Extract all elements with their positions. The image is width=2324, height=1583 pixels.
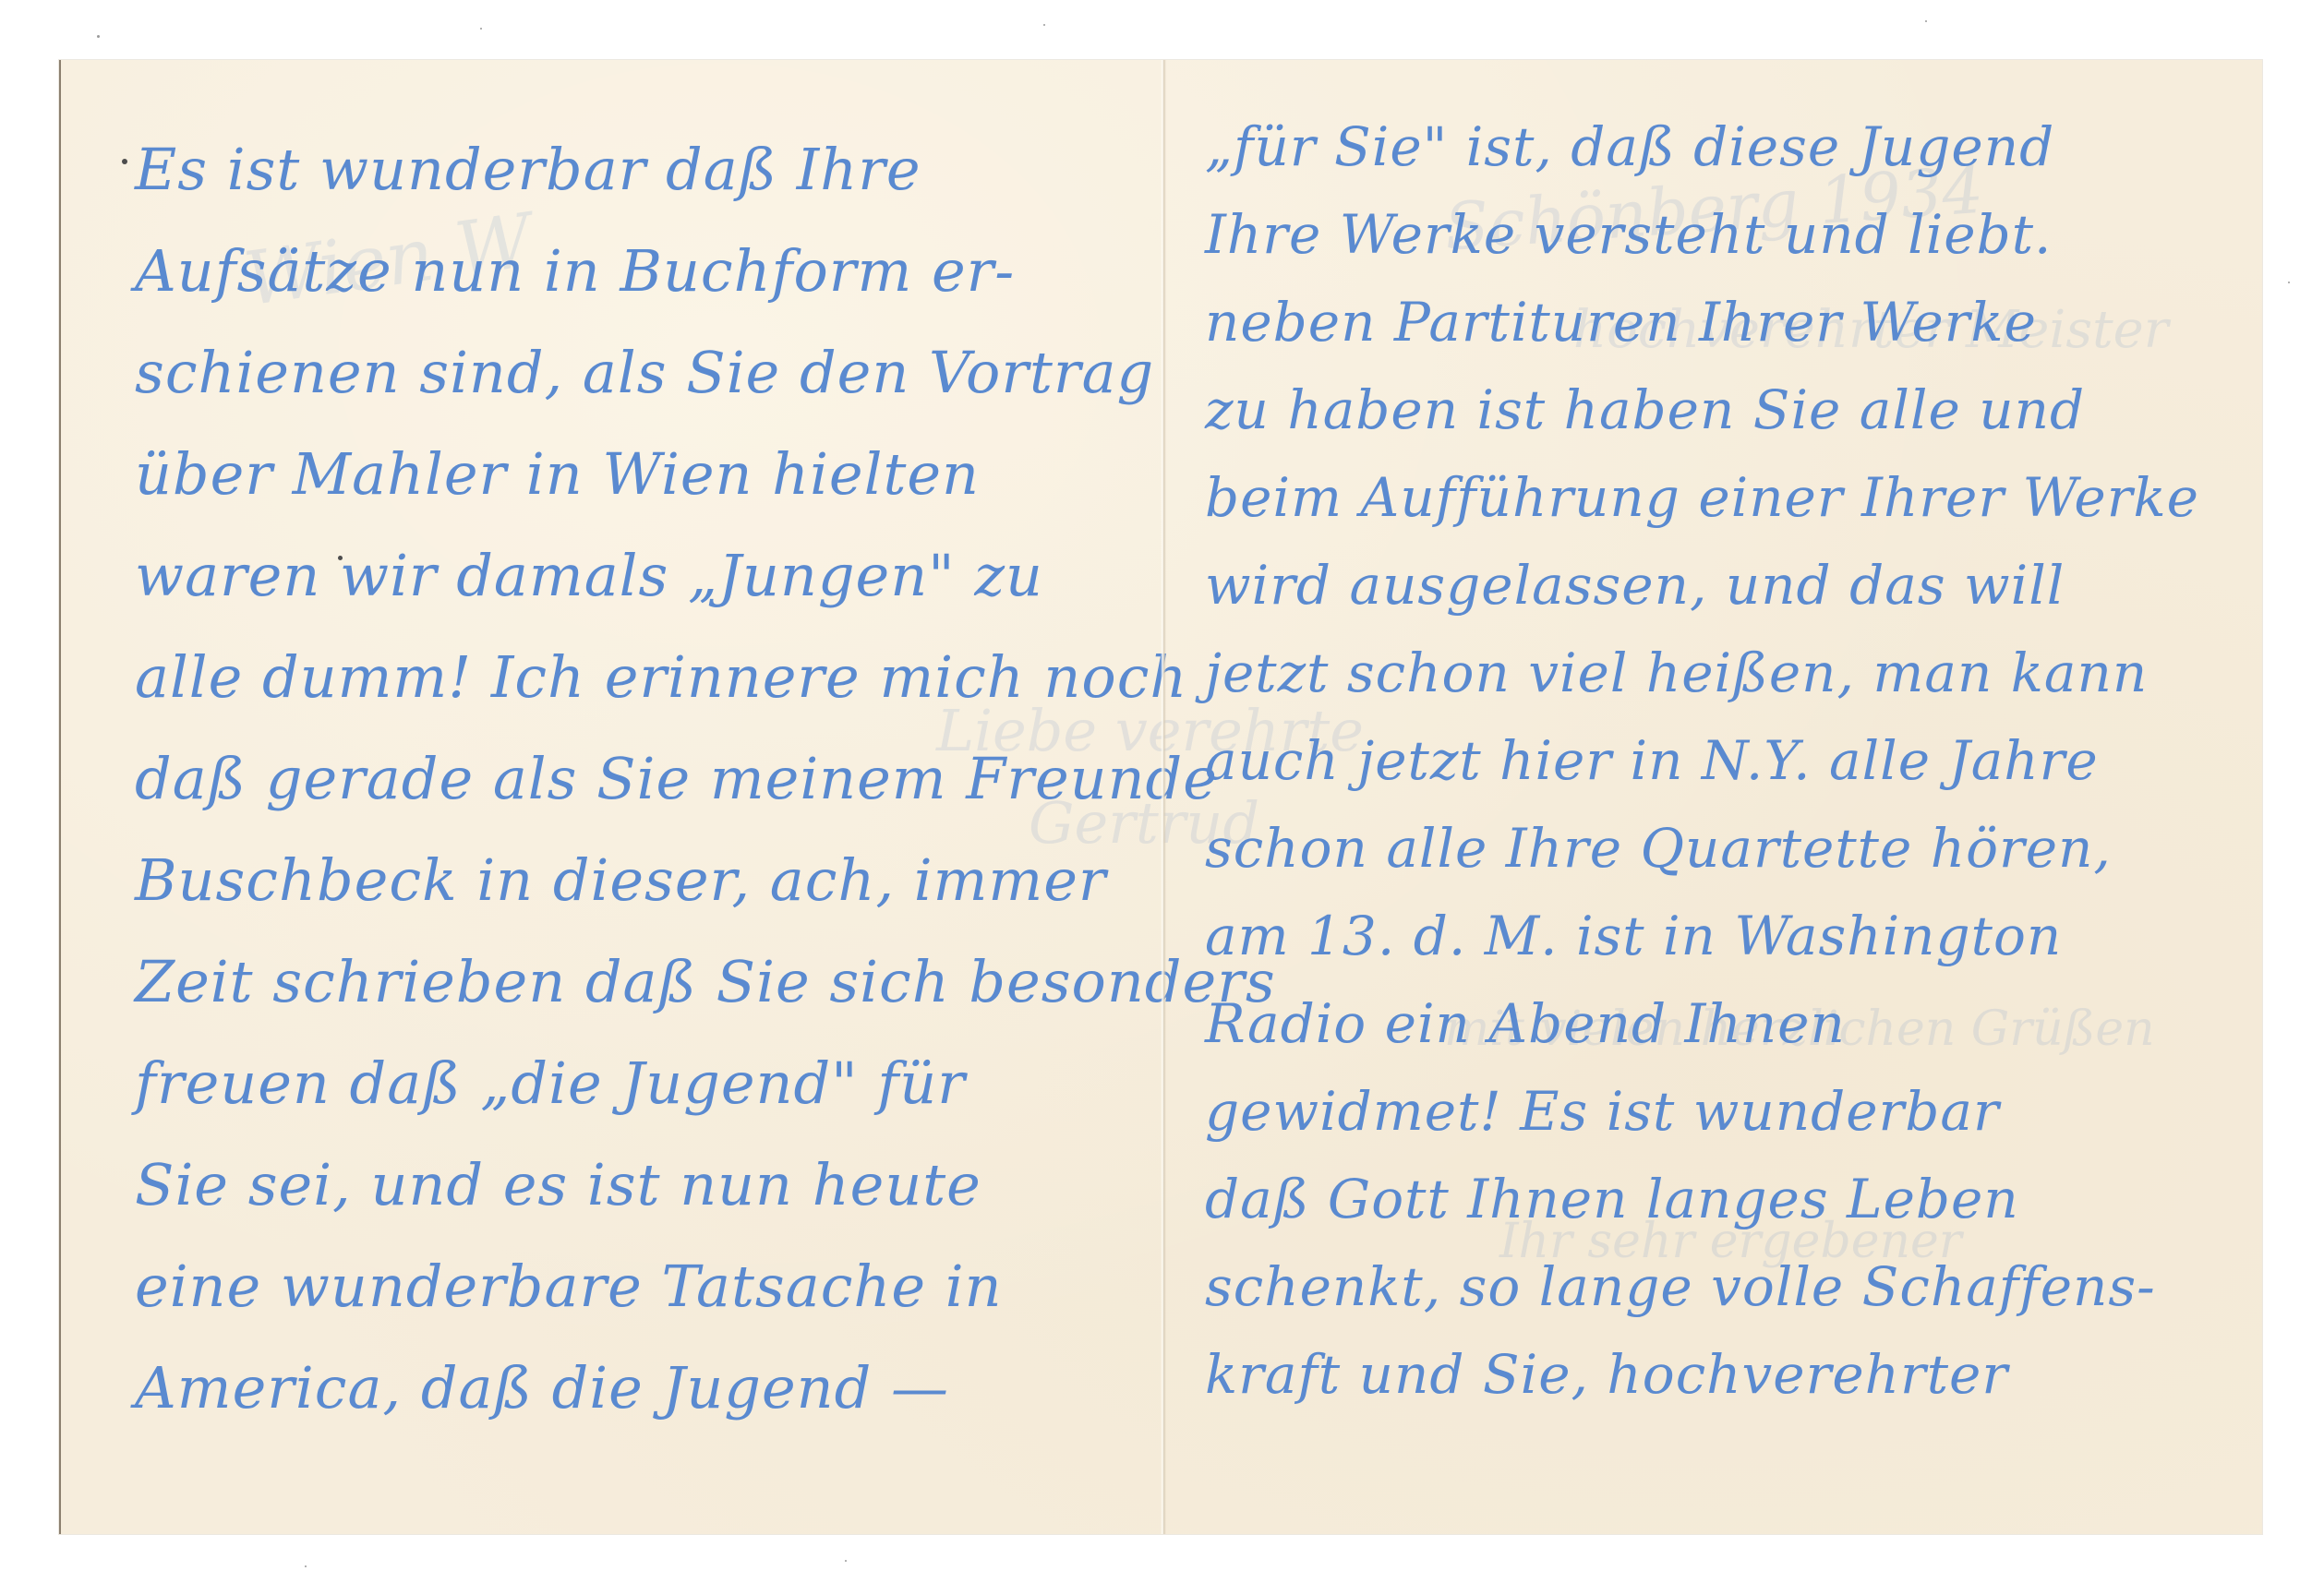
letter-line: Zeit schrieben daß Sie sich besonders bbox=[135, 948, 1276, 1015]
scan-speck bbox=[305, 1565, 307, 1567]
letter-line: neben Partituren Ihrer Werke bbox=[1205, 291, 2037, 354]
letter-line: freuen daß „die Jugend" für bbox=[135, 1049, 966, 1117]
letter-line: Radio ein Abend Ihnen bbox=[1205, 992, 1846, 1055]
letter-line: „für Sie" ist, daß diese Jugend bbox=[1205, 115, 2054, 178]
letter-line: America, daß die Jugend — bbox=[135, 1354, 949, 1421]
letter-line: Aufsätze nun in Buchform er- bbox=[135, 237, 1015, 305]
letter-line: schenkt, so lange volle Schaffens- bbox=[1205, 1255, 2156, 1318]
letter-line: zu haben ist haben Sie alle und bbox=[1205, 378, 2085, 441]
letter-line: über Mahler in Wien hielten bbox=[135, 440, 980, 508]
letter-line: daß gerade als Sie meinem Freunde bbox=[135, 745, 1218, 812]
scan-speck bbox=[1925, 20, 1927, 22]
scan-speck bbox=[2288, 282, 2290, 283]
letter-line: am 13. d. M. ist in Washington bbox=[1205, 905, 2062, 967]
letter-sheet: Schönberg 1934 hochverehrter Meister Lie… bbox=[59, 60, 2262, 1534]
letter-line: wird ausgelassen, und das will bbox=[1205, 554, 2065, 617]
letter-line: Es ist wunderbar daß Ihre bbox=[135, 136, 921, 203]
scan-speck bbox=[1043, 24, 1045, 26]
letter-line: gewidmet! Es ist wunderbar bbox=[1205, 1080, 2000, 1143]
margin-dot bbox=[122, 159, 127, 164]
letter-line: jetzt schon viel heißen, man kann bbox=[1205, 642, 2148, 704]
letter-line: schon alle Ihre Quartette hören, bbox=[1205, 817, 2112, 880]
letter-line: kraft und Sie, hochverehrter bbox=[1205, 1343, 2008, 1406]
letter-line: Sie sei, und es ist nun heute bbox=[135, 1151, 981, 1218]
letter-line: alle dumm! Ich erinnere mich noch bbox=[135, 643, 1187, 711]
letter-line: waren wir damals „Jungen" zu bbox=[135, 542, 1043, 609]
scan-speck bbox=[845, 1560, 847, 1562]
letter-line: schienen sind, als Sie den Vortrag bbox=[135, 339, 1154, 406]
scan-speck bbox=[97, 35, 100, 38]
right-page: „für Sie" ist, daß diese Jugend Ihre Wer… bbox=[1166, 60, 2262, 1534]
letter-line: Ihre Werke versteht und liebt. bbox=[1205, 203, 2052, 266]
left-page: Es ist wunderbar daß Ihre Aufsätze nun i… bbox=[59, 60, 1161, 1534]
letter-line: Buschbeck in dieser, ach, immer bbox=[135, 846, 1107, 914]
letter-line: eine wunderbare Tatsache in bbox=[135, 1253, 1003, 1320]
letter-line: daß Gott Ihnen langes Leben bbox=[1205, 1168, 2019, 1230]
letter-line: beim Aufführung einer Ihrer Werke bbox=[1205, 466, 2199, 529]
scan-speck bbox=[480, 28, 482, 30]
letter-line: auch jetzt hier in N.Y. alle Jahre bbox=[1205, 729, 2099, 792]
